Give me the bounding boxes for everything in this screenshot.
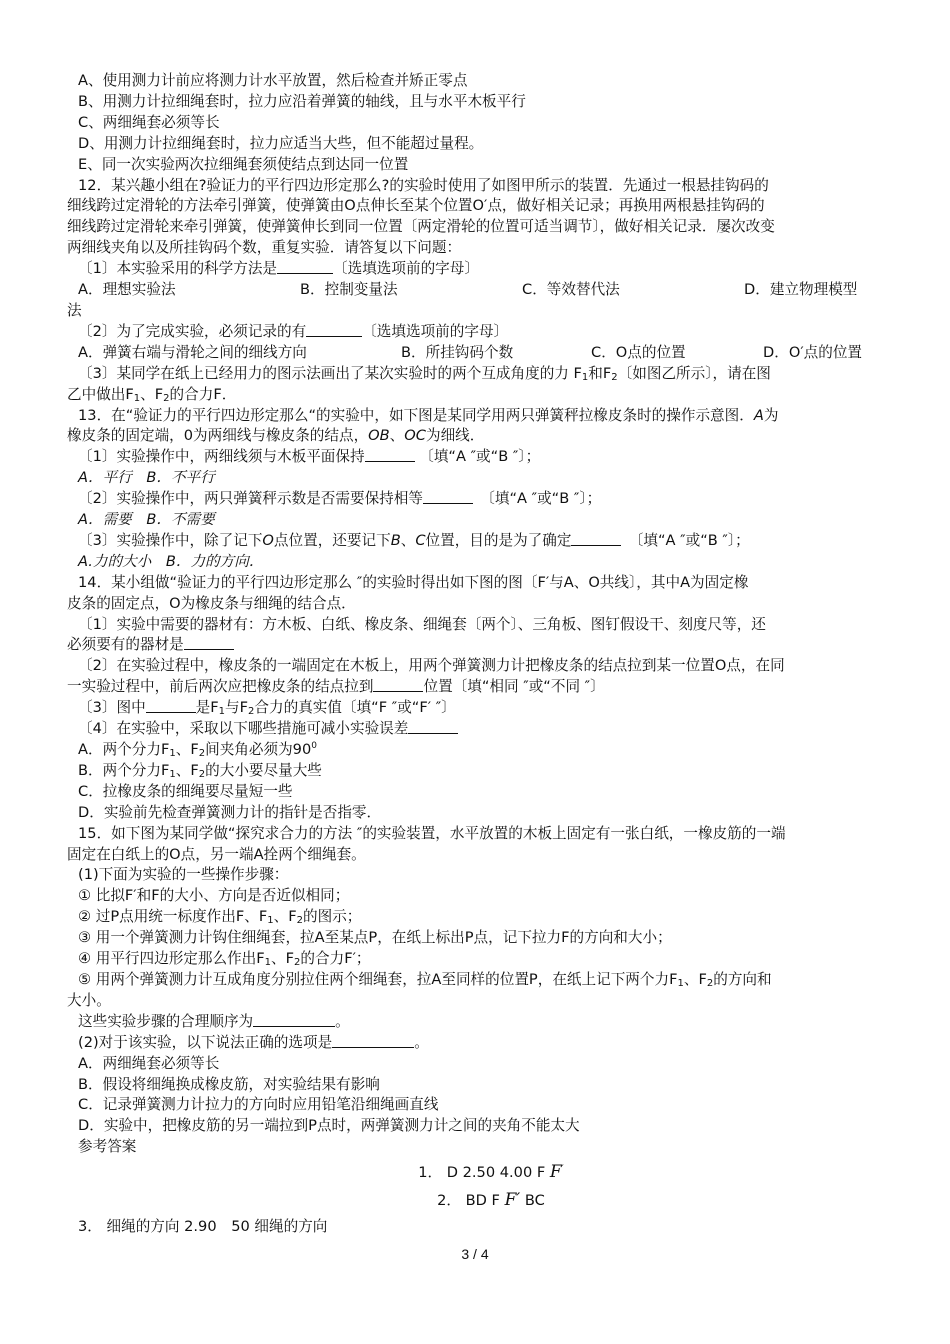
q15-step-5: ⑤ 用两个弹簧测力计互成角度分别拉住两个细绳套，拉A至同样的位置P，在纸上记下两… <box>67 970 883 991</box>
q14-part-1-line-2: 必须要有的器材是 <box>67 635 883 656</box>
q14-stem-line-2: 皮条的固定点，O为橡皮条与细绳的结合点． <box>67 594 883 615</box>
option-d: D．建立物理模型 <box>744 280 857 301</box>
document-page: A、使用测力计前应将测力计水平放置，然后检查并矫正零点 B、用测力计拉细绳套时，… <box>67 71 883 1238</box>
page-number: 3 / 4 <box>0 1246 950 1262</box>
q15-step-3: ③ 用一个弹簧测力计钩住细绳套，拉A至某点P，在纸上标出P点，记下拉力F的方向和… <box>67 928 883 949</box>
answer-blank[interactable] <box>423 489 473 504</box>
q12-part-1-option-d-wrap: 法 <box>67 301 883 322</box>
answer-blank[interactable] <box>571 531 621 546</box>
q15-step-2: ② 过P点用统一标度作出F、F1、F2的图示； <box>67 907 883 928</box>
answer-blank[interactable] <box>306 322 362 337</box>
answer-blank[interactable] <box>365 447 415 462</box>
q13-stem-line-1: 13．在“验证力的平行四边形定那么“的实验中，如下图是某同学用两只弹簧秤拉橡皮条… <box>67 406 883 427</box>
q13-part-2-options: A．需要 B．不需要 <box>67 510 883 531</box>
answer-blank[interactable] <box>408 719 458 734</box>
q11-option-a: A、使用测力计前应将测力计水平放置，然后检查并矫正零点 <box>67 71 883 92</box>
q14-option-c: C．拉橡皮条的细绳要尽量短一些 <box>67 782 883 803</box>
q12-stem-line-3: 细线跨过定滑轮来牵引弹簧，使弹簧伸长到同一位置〔两定滑轮的位置可适当调节〕，做好… <box>67 217 883 238</box>
q15-step-4: ④ 用平行四边形定那么作出F1、F2的合力F′； <box>67 949 883 970</box>
q12-part-1: 〔1〕本实验采用的科学方法是〔选填选项前的字母〕 <box>67 259 883 280</box>
answer-blank[interactable] <box>146 698 196 713</box>
answer-2: 2． BD F F′ BC <box>67 1187 883 1214</box>
q15-option-d: D．实验中，把橡皮筋的另一端拉到P点时，两弹簧测力计之间的夹角不能太大 <box>67 1116 883 1137</box>
q15-option-a: A．两细绳套必须等长 <box>67 1054 883 1075</box>
q13-part-1: 〔1〕实验操作中，两细线须与木板平面保持 〔填“A ″或“B ″〕； <box>67 447 883 468</box>
q13-part-3-options: A.力的大小 B．力的方向． <box>67 552 883 573</box>
option-a: A．弹簧右端与滑轮之间的细线方向 <box>78 343 401 364</box>
q13-part-2: 〔2〕实验操作中，两只弹簧秤示数是否需要保持相等 〔填“A ″或“B ″〕； <box>67 489 883 510</box>
q15-step-1: ① 比拟F′和F的大小、方向是否近似相同； <box>67 886 883 907</box>
option-d: D．O′点的位置 <box>763 343 862 364</box>
q11-option-d: D、用测力计拉细绳套时，拉力应适当大些，但不能超过量程。 <box>67 134 883 155</box>
answer-blank[interactable] <box>253 1012 335 1027</box>
q11-option-c: C、两细绳套必须等长 <box>67 113 883 134</box>
q14-part-4: 〔4〕在实验中，采取以下哪些措施可减小实验误差 <box>67 719 883 740</box>
q15-part-2: (2)对于该实验，以下说法正确的选项是。 <box>67 1033 883 1054</box>
option-b: B．所挂钩码个数 <box>401 343 591 364</box>
q12-part-1-options: A．理想实验法 B．控制变量法 C．等效替代法 D．建立物理模型 <box>67 280 883 301</box>
q12-part-2-options: A．弹簧右端与滑轮之间的细线方向 B．所挂钩码个数 C．O点的位置 D．O′点的… <box>67 343 883 364</box>
q14-part-1-line-1: 〔1〕实验中需要的器材有：方木板、白纸、橡皮条、细绳套〔两个〕、三角板、图钉假设… <box>67 615 883 636</box>
q14-part-2-line-2: 一实验过程中，前后两次应把橡皮条的结点拉到位置〔填“相同 ″或“不同 ″〕 <box>67 677 883 698</box>
q13-stem-line-2: 橡皮条的固定端，0为两细线与橡皮条的结点，OB、OC为细线． <box>67 426 883 447</box>
q14-stem-line-1: 14．某小组做“验证力的平行四边形定那么 ″的实验时得出如下图的图〔F′与A、O… <box>67 573 883 594</box>
q12-stem-line-2: 细线跨过定滑轮的方法牵引弹簧，使弹簧由O点伸长至某个位置O′点，做好相关记录；再… <box>67 196 883 217</box>
q12-part-2: 〔2〕为了完成实验，必须记录的有〔选填选项前的字母〕 <box>67 322 883 343</box>
q12-part-3-line-1: 〔3〕某同学在纸上已经用力的图示法画出了某次实验时的两个互成角度的力 F1和F2… <box>67 364 883 385</box>
answer-blank[interactable] <box>277 259 333 274</box>
q14-option-b: B．两个分力F1、F2的大小要尽量大些 <box>67 761 883 782</box>
option-c: C．O点的位置 <box>591 343 763 364</box>
q14-part-2-line-1: 〔2〕在实验过程中，橡皮条的一端固定在木板上，用两个弹簧测力计把橡皮条的结点拉到… <box>67 656 883 677</box>
q12-stem-line-4: 两细线夹角以及所挂钩码个数，重复实验．请答复以下问题： <box>67 238 883 259</box>
q15-part-1: (1)下面为实验的一些操作步骤： <box>67 865 883 886</box>
q14-part-3: 〔3〕图中是F1与F2合力的真实值〔填“F ″或“F′ ″〕 <box>67 698 883 719</box>
q15-step-5-wrap: 大小。 <box>67 991 883 1012</box>
q15-option-b: B．假设将细绳换成橡皮筋，对实验结果有影响 <box>67 1075 883 1096</box>
option-b: B．控制变量法 <box>300 280 522 301</box>
q12-stem-line-1: 12．某兴趣小组在?验证力的平行四边形定那么?的实验时使用了如图甲所示的装置．先… <box>67 176 883 197</box>
q15-stem-line-1: 15．如下图为某同学做“探究求合力的方法 ″的实验装置，水平放置的木板上固定有一… <box>67 824 883 845</box>
answer-blank[interactable] <box>373 677 423 692</box>
option-a: A．理想实验法 <box>78 280 300 301</box>
answers-heading: 参考答案 <box>67 1137 883 1158</box>
answer-1: 1． D 2.50 4.00 F F′ <box>67 1158 883 1187</box>
q11-option-e: E、同一次实验两次拉细绳套须使结点到达同一位置 <box>67 155 883 176</box>
q15-stem-line-2: 固定在白纸上的O点，另一端A拴两个细绳套。 <box>67 845 883 866</box>
answer-blank[interactable] <box>332 1033 414 1048</box>
q12-part-3-line-2: 乙中做出F1、F2的合力F． <box>67 385 883 406</box>
answer-3: 3． 细绳的方向 2.90 50 细绳的方向 <box>67 1217 883 1238</box>
option-c: C．等效替代法 <box>522 280 744 301</box>
q11-option-b: B、用测力计拉细绳套时，拉力应沿着弹簧的轴线，且与水平木板平行 <box>67 92 883 113</box>
q13-part-1-options: A．平行 B．不平行 <box>67 468 883 489</box>
q15-option-c: C．记录弹簧测力计拉力的方向时应用铅笔沿细绳画直线 <box>67 1095 883 1116</box>
q15-order-prompt: 这些实验步骤的合理顺序为。 <box>67 1012 883 1033</box>
q13-part-3: 〔3〕实验操作中，除了记下O点位置，还要记下B、C位置，目的是为了确定 〔填“A… <box>67 531 883 552</box>
q14-option-a: A．两个分力F1、F2间夹角必须为900 <box>67 740 883 761</box>
answer-blank[interactable] <box>184 635 234 650</box>
q14-option-d: D．实验前先检查弹簧测力计的指针是否指零． <box>67 803 883 824</box>
